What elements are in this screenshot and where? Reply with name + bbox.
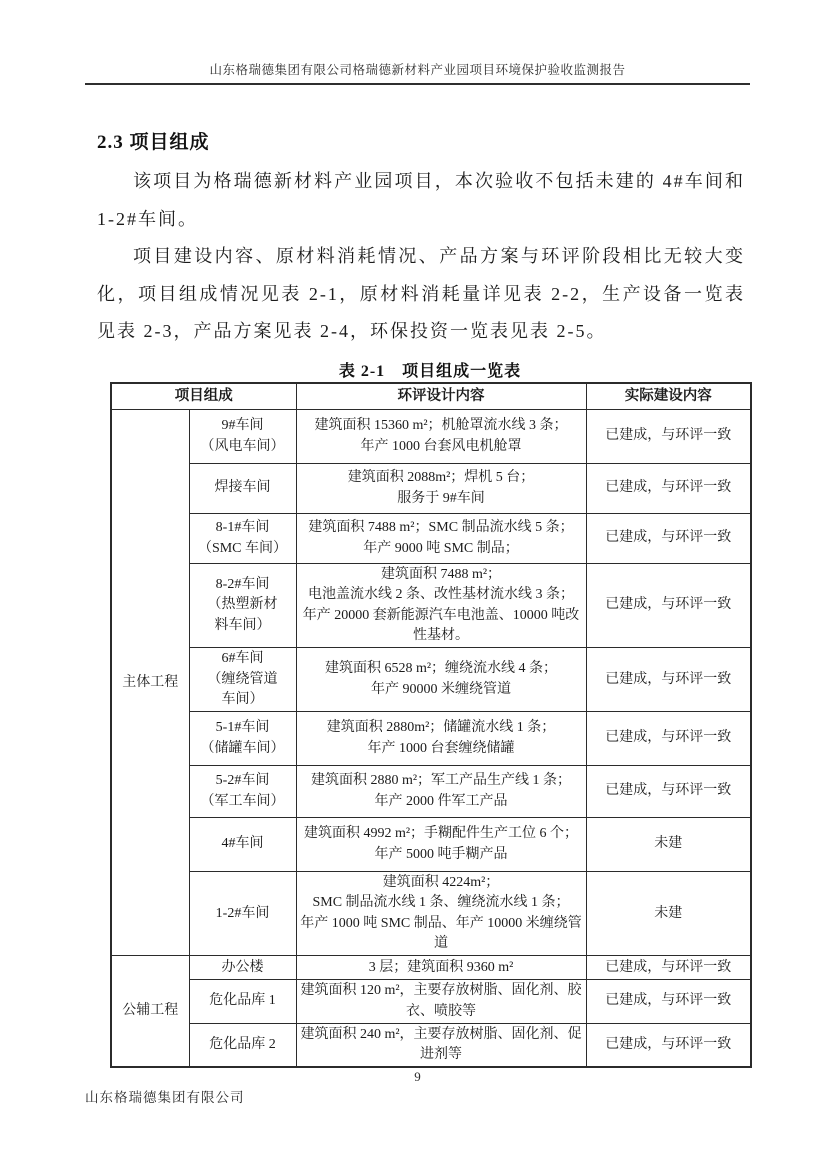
status-cell: 已建成，与环评一致 [586, 712, 751, 766]
table-row: 危化品库 1 建筑面积 120 m²，主要存放树脂、固化剂、胶衣、喷胶等 已建成… [111, 980, 751, 1024]
group-cell-auxiliary-works: 公辅工程 [111, 956, 189, 1068]
table-header-row: 项目组成 环评设计内容 实际建设内容 [111, 383, 751, 410]
workshop-name: 6#车间 （缠绕管道 车间） [189, 648, 296, 712]
section-heading: 2.3 项目组成 [97, 127, 210, 154]
workshop-name: 危化品库 2 [189, 1023, 296, 1067]
status-cell: 已建成，与环评一致 [586, 1023, 751, 1067]
status-cell: 已建成，与环评一致 [586, 980, 751, 1024]
status-cell: 已建成，与环评一致 [586, 410, 751, 464]
table-row: 8-1#车间 （SMC 车间） 建筑面积 7488 m²；SMC 制品流水线 5… [111, 514, 751, 564]
eia-content: 建筑面积 7488 m²；SMC 制品流水线 5 条； 年产 9000 吨 SM… [296, 514, 586, 564]
table-row: 主体工程 9#车间 （风电车间） 建筑面积 15360 m²；机舱罩流水线 3 … [111, 410, 751, 464]
eia-content: 建筑面积 2880m²；储罐流水线 1 条； 年产 1000 台套缠绕储罐 [296, 712, 586, 766]
group-cell-main-works: 主体工程 [111, 410, 189, 956]
workshop-name: 9#车间 （风电车间） [189, 410, 296, 464]
status-cell: 已建成，与环评一致 [586, 766, 751, 818]
eia-content: 3 层；建筑面积 9360 m² [296, 956, 586, 980]
table-row: 危化品库 2 建筑面积 240 m²，主要存放树脂、固化剂、促进剂等 已建成，与… [111, 1023, 751, 1067]
table-row: 1-2#车间 建筑面积 4224m²； SMC 制品流水线 1 条、缠绕流水线 … [111, 872, 751, 956]
eia-content: 建筑面积 4224m²； SMC 制品流水线 1 条、缠绕流水线 1 条； 年产… [296, 872, 586, 956]
workshop-name: 5-2#车间 （军工车间） [189, 766, 296, 818]
col-header-eia-design: 环评设计内容 [296, 383, 586, 410]
eia-content: 建筑面积 120 m²，主要存放树脂、固化剂、胶衣、喷胶等 [296, 980, 586, 1024]
table-row: 5-1#车间 （储罐车间） 建筑面积 2880m²；储罐流水线 1 条； 年产 … [111, 712, 751, 766]
table-row: 公辅工程 办公楼 3 层；建筑面积 9360 m² 已建成，与环评一致 [111, 956, 751, 980]
page-number: 9 [85, 1069, 750, 1085]
table-row: 5-2#车间 （军工车间） 建筑面积 2880 m²；军工产品生产线 1 条； … [111, 766, 751, 818]
footer-company: 山东格瑞德集团有限公司 [85, 1086, 245, 1106]
table-row: 焊接车间 建筑面积 2088m²；焊机 5 台； 服务于 9#车间 已建成，与环… [111, 464, 751, 514]
workshop-name: 焊接车间 [189, 464, 296, 514]
table-row: 6#车间 （缠绕管道 车间） 建筑面积 6528 m²；缠绕流水线 4 条； 年… [111, 648, 751, 712]
paragraph-1: 该项目为格瑞德新材料产业园项目，本次验收不包括未建的 4#车间和 1-2#车间。 [97, 163, 745, 238]
table-title: 表 2-1 项目组成一览表 [110, 358, 750, 381]
workshop-name: 危化品库 1 [189, 980, 296, 1024]
eia-content: 建筑面积 2880 m²；军工产品生产线 1 条； 年产 2000 件军工产品 [296, 766, 586, 818]
table-row: 4#车间 建筑面积 4992 m²；手糊配件生产工位 6 个； 年产 5000 … [111, 818, 751, 872]
status-cell: 已建成，与环评一致 [586, 464, 751, 514]
status-cell: 已建成，与环评一致 [586, 648, 751, 712]
eia-content: 建筑面积 240 m²，主要存放树脂、固化剂、促进剂等 [296, 1023, 586, 1067]
workshop-name: 8-1#车间 （SMC 车间） [189, 514, 296, 564]
status-cell: 未建 [586, 872, 751, 956]
eia-content: 建筑面积 2088m²；焊机 5 台； 服务于 9#车间 [296, 464, 586, 514]
status-cell: 已建成，与环评一致 [586, 564, 751, 648]
table-row: 8-2#车间 （热塑新材 料车间） 建筑面积 7488 m²； 电池盖流水线 2… [111, 564, 751, 648]
workshop-name: 8-2#车间 （热塑新材 料车间） [189, 564, 296, 648]
workshop-name: 1-2#车间 [189, 872, 296, 956]
workshop-name: 4#车间 [189, 818, 296, 872]
workshop-name: 办公楼 [189, 956, 296, 980]
eia-content: 建筑面积 6528 m²；缠绕流水线 4 条； 年产 90000 米缠绕管道 [296, 648, 586, 712]
col-header-composition: 项目组成 [111, 383, 296, 410]
status-cell: 未建 [586, 818, 751, 872]
eia-content: 建筑面积 15360 m²；机舱罩流水线 3 条； 年产 1000 台套风电机舱… [296, 410, 586, 464]
paragraph-2: 项目建设内容、原材料消耗情况、产品方案与环评阶段相比无较大变化，项目组成情况见表… [97, 238, 745, 351]
col-header-actual: 实际建设内容 [586, 383, 751, 410]
project-composition-table: 项目组成 环评设计内容 实际建设内容 主体工程 9#车间 （风电车间） 建筑面积… [110, 382, 752, 1068]
page-header-title: 山东格瑞德集团有限公司格瑞德新材料产业园项目环境保护验收监测报告 [85, 60, 750, 78]
status-cell: 已建成，与环评一致 [586, 956, 751, 980]
body-text: 该项目为格瑞德新材料产业园项目，本次验收不包括未建的 4#车间和 1-2#车间。… [97, 163, 745, 351]
status-cell: 已建成，与环评一致 [586, 514, 751, 564]
workshop-name: 5-1#车间 （储罐车间） [189, 712, 296, 766]
header-rule [85, 83, 750, 85]
eia-content: 建筑面积 4992 m²；手糊配件生产工位 6 个； 年产 5000 吨手糊产品 [296, 818, 586, 872]
eia-content: 建筑面积 7488 m²； 电池盖流水线 2 条、改性基材流水线 3 条； 年产… [296, 564, 586, 648]
